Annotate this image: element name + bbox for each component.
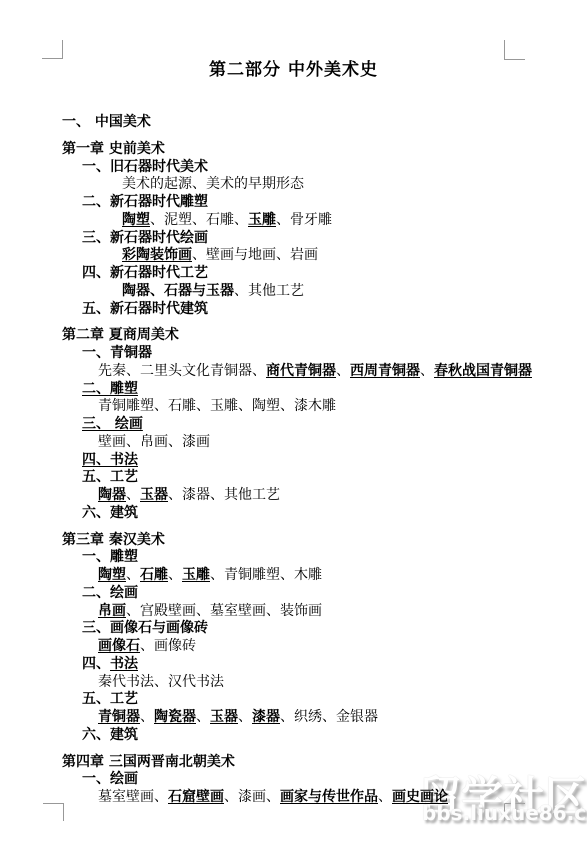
- outline-line-section: 一、旧石器时代美术: [82, 159, 587, 177]
- text-run: 三、画像石与画像砖: [82, 620, 208, 636]
- outline-line-detail-deep: 美术的起源、美术的早期形态: [122, 176, 587, 194]
- text-run: 青铜器: [98, 709, 140, 725]
- text-run: 秦代书法、汉代书法: [98, 674, 224, 690]
- text-run: 第二章 夏商周美术: [62, 327, 179, 343]
- text-run: 西周青铜器: [350, 363, 420, 379]
- text-run: 画史画论: [392, 789, 448, 805]
- text-run: 陶塑: [98, 567, 126, 583]
- text-run: 、其他工艺: [234, 283, 304, 299]
- outline-line-detail: 秦代书法、汉代书法: [98, 674, 587, 692]
- outline-line-section: 二、雕塑: [82, 381, 587, 399]
- text-run: 四、: [82, 656, 110, 672]
- text-run: 、: [126, 567, 140, 583]
- text-run: 石窟壁画: [168, 789, 224, 805]
- outline-line-section: 六、建筑: [82, 727, 587, 745]
- text-run: 六、建筑: [82, 505, 138, 521]
- outline-line-detail: 陶器、玉器、漆器、其他工艺: [98, 487, 587, 505]
- text-run: 一、雕塑: [82, 549, 138, 565]
- document-page: 第二部分 中外美术史 一、 中国美术第一章 史前美术一、旧石器时代美术美术的起源…: [0, 0, 587, 844]
- outline-line-chapter: 第二章 夏商周美术: [62, 327, 587, 345]
- text-run: 、织绣、金银器: [280, 709, 378, 725]
- text-run: 玉器: [140, 487, 168, 503]
- outline-line-section: 四、新石器时代工艺: [82, 265, 587, 283]
- text-run: 五、工艺: [82, 691, 138, 707]
- text-run: 、画像砖: [140, 638, 196, 654]
- outline-line-detail: 陶塑、石雕、玉雕、青铜雕塑、木雕: [98, 567, 587, 585]
- text-run: 陶器、石器与玉器: [122, 283, 234, 299]
- text-run: 、: [336, 363, 350, 379]
- outline-line-section: 五、工艺: [82, 469, 587, 487]
- text-run: 、: [420, 363, 434, 379]
- margin-mark-bottom-left-icon: [43, 803, 64, 821]
- text-run: 书法: [110, 656, 138, 672]
- outline-line-section: 四、书法: [82, 656, 587, 674]
- outline-line-section: 一、绘画: [82, 771, 587, 789]
- text-run: 、: [196, 709, 210, 725]
- outline-line-section: 三、画像石与画像砖: [82, 620, 587, 638]
- text-run: 美术的起源、美术的早期形态: [122, 176, 304, 192]
- outline-line-section: 五、新石器时代建筑: [82, 301, 587, 319]
- text-run: 青铜雕塑、石雕、玉雕、陶塑、漆木雕: [98, 398, 336, 414]
- text-run: 一、 中国美术: [62, 114, 151, 130]
- text-run: 墓室壁画、: [98, 789, 168, 805]
- text-run: 一、青铜器: [82, 345, 152, 361]
- text-run: 四、书法: [82, 452, 138, 468]
- text-run: 帛画: [98, 603, 126, 619]
- outline-line-section: 六、建筑: [82, 505, 587, 523]
- outline-body: 一、 中国美术第一章 史前美术一、旧石器时代美术美术的起源、美术的早期形态二、新…: [62, 114, 587, 807]
- text-run: 一、旧石器时代美术: [82, 159, 208, 175]
- text-run: 玉雕: [248, 212, 276, 228]
- text-run: 陶瓷器: [154, 709, 196, 725]
- outline-line-chapter: 第三章 秦汉美术: [62, 532, 587, 550]
- text-run: 五、工艺: [82, 469, 138, 485]
- text-run: 五、新石器时代建筑: [82, 301, 208, 317]
- outline-line-section: 三、新石器时代绘画: [82, 230, 587, 248]
- outline-line-detail: 青铜器、陶瓷器、玉器、漆器、织绣、金银器: [98, 709, 587, 727]
- text-run: 、: [126, 487, 140, 503]
- outline-line-detail: 青铜雕塑、石雕、玉雕、陶塑、漆木雕: [98, 398, 587, 416]
- text-run: 陶器: [98, 487, 126, 503]
- outline-line-detail: 画像石、画像砖: [98, 638, 587, 656]
- text-run: 陶塑: [122, 212, 150, 228]
- text-run: 二、雕塑: [82, 381, 138, 397]
- outline-line-detail-deep: 陶塑、泥塑、石雕、玉雕、骨牙雕: [122, 212, 587, 230]
- text-run: 商代青铜器: [266, 363, 336, 379]
- outline-line-section: 二、新石器时代雕塑: [82, 194, 587, 212]
- outline-line-detail: 壁画、帛画、漆画: [98, 434, 587, 452]
- outline-line-part: 一、 中国美术: [62, 114, 587, 132]
- outline-line-detail: 墓室壁画、石窟壁画、漆画、画家与传世作品、画史画论: [98, 789, 587, 807]
- outline-line-section: 一、青铜器: [82, 345, 587, 363]
- text-run: 一、绘画: [82, 771, 138, 787]
- text-run: 玉雕: [182, 567, 210, 583]
- text-run: 、青铜雕塑、木雕: [210, 567, 322, 583]
- text-run: 、漆器、其他工艺: [168, 487, 280, 503]
- text-run: 石雕: [140, 567, 168, 583]
- outline-line-detail-deep: 陶器、石器与玉器、其他工艺: [122, 283, 587, 301]
- text-run: 、: [238, 709, 252, 725]
- text-run: 第一章 史前美术: [62, 141, 165, 157]
- outline-line-detail: 帛画、宫殿壁画、墓室壁画、装饰画: [98, 603, 587, 621]
- text-run: 玉器: [210, 709, 238, 725]
- text-run: 二、绘画: [82, 585, 138, 601]
- text-run: 三、新石器时代绘画: [82, 230, 208, 246]
- text-run: 漆器: [252, 709, 280, 725]
- text-run: 、宫殿壁画、墓室壁画、装饰画: [126, 603, 322, 619]
- text-run: 、: [168, 567, 182, 583]
- outline-line-section: 五、工艺: [82, 691, 587, 709]
- document-title: 第二部分 中外美术史: [0, 55, 587, 80]
- text-run: 四、新石器时代工艺: [82, 265, 208, 281]
- text-run: 第三章 秦汉美术: [62, 532, 165, 548]
- text-run: 、泥塑、石雕、: [150, 212, 248, 228]
- text-run: 先秦、二里头文化青铜器、: [98, 363, 266, 379]
- outline-line-detail-deep: 彩陶装饰画、壁画与地画、岩画: [122, 247, 587, 265]
- text-run: 、: [140, 709, 154, 725]
- text-run: 第四章 三国两晋南北朝美术: [62, 754, 235, 770]
- text-run: 六、建筑: [82, 727, 138, 743]
- outline-line-chapter: 第四章 三国两晋南北朝美术: [62, 754, 587, 772]
- outline-line-section: 四、书法: [82, 452, 587, 470]
- text-run: 三、 绘画: [82, 416, 143, 432]
- text-run: 、漆画、: [224, 789, 280, 805]
- text-run: 、骨牙雕: [276, 212, 332, 228]
- text-run: 、壁画与地画、岩画: [192, 247, 318, 263]
- outline-line-section: 二、绘画: [82, 585, 587, 603]
- text-run: 壁画、帛画、漆画: [98, 434, 210, 450]
- outline-line-detail: 先秦、二里头文化青铜器、商代青铜器、西周青铜器、春秋战国青铜器: [98, 363, 587, 381]
- text-run: 二、新石器时代雕塑: [82, 194, 208, 210]
- text-run: 画像石: [98, 638, 140, 654]
- text-run: 彩陶装饰画: [122, 247, 192, 263]
- outline-line-chapter: 第一章 史前美术: [62, 141, 587, 159]
- text-run: 、: [378, 789, 392, 805]
- text-run: 春秋战国青铜器: [434, 363, 532, 379]
- text-run: 画家与传世作品: [280, 789, 378, 805]
- outline-line-section: 一、雕塑: [82, 549, 587, 567]
- outline-line-section: 三、 绘画: [82, 416, 587, 434]
